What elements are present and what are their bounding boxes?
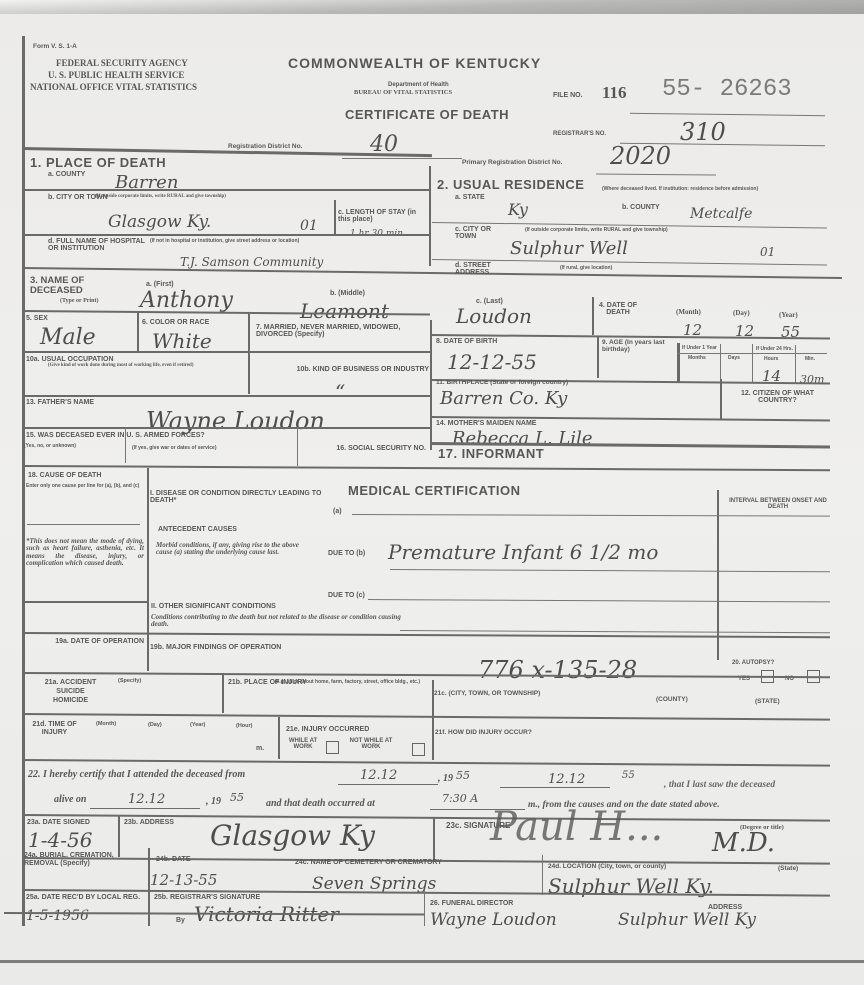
location-divider [542,855,543,895]
residence-city-value[interactable]: Sulphur Well [510,240,628,258]
age-days-label: Days [728,356,740,361]
hospital-label: d. FULL NAME OF HOSPITAL OR INSTITUTION [48,238,148,253]
burial-date-value[interactable]: 12-13-55 [150,873,217,888]
date-received-label: 25a. DATE REC'D BY LOCAL REG. [26,893,141,902]
occupation-note: (Give kind of work done during most of w… [48,363,243,368]
rule [22,713,830,721]
cause-of-death-note: Enter only one cause per line for (a), (… [26,484,146,489]
hospital-value[interactable]: T.J. Samson Community [180,256,323,268]
cert-alive-on[interactable]: 12.12 [128,793,165,806]
location-state-label: (State) [778,866,798,873]
cert-alive-19: , 19 [206,797,221,808]
injury-state-label: (STATE) [755,699,780,706]
injury-occurred-divider [278,717,280,759]
injury-time-day: (Day) [148,723,162,729]
registrar-by: By [176,917,185,924]
place-city-extra[interactable]: 01 [300,219,318,233]
age-table-col [720,344,721,382]
injury-time-year: (Year) [190,723,205,729]
cert-from-date[interactable]: 12.12 [360,769,397,782]
injury-time-suffix: m. [256,745,264,752]
address-label: 23b. ADDRESS [124,819,174,826]
cert-to-year[interactable]: 55 [622,771,635,781]
cause-col-divider [147,468,149,671]
interval-label: INTERVAL BETWEEN ONSET AND DEATH [728,498,828,511]
cert-to-date[interactable]: 12.12 [548,773,585,786]
address-value[interactable]: Glasgow Ky [210,822,375,850]
injury-how-label: 21f. HOW DID INJURY OCCUR? [435,730,532,737]
col-divider-mid [429,166,431,266]
agency-line-3: NATIONAL OFFICE VITAL STATISTICS [30,83,197,92]
injury-county-label: (COUNTY) [656,697,688,704]
marital-label: 7. MARRIED, NEVER MARRIED, WIDOWED, DIVO… [256,324,436,339]
antecedent-note: Morbid conditions, if any, giving rise t… [156,542,316,557]
date-signed-divider [118,815,120,857]
age-min-label: Min. [805,357,815,362]
injury-occurred-label: 21e. INJURY OCCURRED [286,726,369,733]
department: Department of Health [388,82,449,88]
state-title: COMMONWEALTH OF KENTUCKY [288,56,541,71]
father-value[interactable]: Wayne Loudon [146,409,325,433]
signature-divider [433,817,435,859]
usual-residence-title: 2. USUAL RESIDENCE [437,178,584,192]
age-divider [597,336,599,378]
agency-line-2: U. S. PUBLIC HEALTH SERVICE [48,71,184,80]
other-conditions-note: Conditions contributing to the death but… [151,614,401,629]
funeral-address-value[interactable]: Sulphur Well Ky [618,912,756,929]
primary-district-line [596,173,716,175]
line-c-rule [368,599,830,602]
lower-edge-rule [0,960,864,963]
age-label: 9. AGE (In years last birthday) [602,340,672,354]
medical-certification-title: MEDICAL CERTIFICATION [348,484,521,498]
cause-of-death-label: 18. CAUSE OF DEATH [28,472,101,479]
business-value[interactable]: “ [335,382,345,402]
date-of-death-label: 4. DATE OF DEATH [598,302,638,317]
primary-district-value[interactable]: 2020 [610,144,671,168]
agency-line-1: FEDERAL SECURITY AGENCY [56,59,188,68]
mother-label: 14. MOTHER'S MAIDEN NAME [436,420,536,427]
race-divider [248,314,250,394]
registration-district-line [342,158,462,159]
line-b-rule [390,569,830,572]
other-conditions-label: II. OTHER SIGNIFICANT CONDITIONS [151,603,276,610]
injury-time-label: 21d. TIME OF INJURY [32,721,77,738]
residence-city-note: (If outside corporate limits, write RURA… [525,228,668,233]
length-of-stay-label: c. LENGTH OF STAY (in this place) [338,209,426,224]
residence-county-label: b. COUNTY [622,204,660,211]
place-city-value[interactable]: Glasgow Ky. [108,214,211,231]
rule [22,427,432,429]
deceased-name-note: (Type or Print) [60,298,98,304]
cert-to-label: , 19 [438,774,453,785]
age-table-left [677,343,680,383]
injury-time-month: (Month) [96,722,116,728]
business-label: 10b. KIND OF BUSINESS OR INDUSTRY [254,366,429,373]
death-certificate: Form V. S. 1-A FEDERAL SECURITY AGENCY U… [0,14,864,985]
dob-divider [430,320,432,450]
residence-county-value[interactable]: Metcalfe [690,207,752,221]
age-table-col [752,344,753,382]
disease-condition-label: I. DISEASE OR CONDITION DIRECTLY LEADING… [150,490,330,505]
cemetery-label: 24c. NAME OF CEMETERY OR CREMATORY [295,859,442,866]
middle-name-value[interactable]: Leamont [300,301,389,321]
usual-residence-note: (Where deceased lived. If institution: r… [602,187,758,192]
cert-line1-pre: 22. I hereby certify that I attended the… [28,770,245,781]
age-under1-label: If Under 1 Year [682,346,717,351]
injury-place-note: (e.g., in or about home, farm, factory, … [250,680,420,685]
degree-value[interactable]: M.D. [712,830,775,856]
registrar-signature-label: 25b. REGISTRAR'S SIGNATURE [154,894,260,901]
residence-street-note: (If rural, give location) [560,266,612,271]
certificate-title: CERTIFICATE OF DEATH [345,108,509,122]
sex-divider [137,312,139,352]
cert-line2-pre: alive on [54,795,87,806]
other-rule [400,630,830,633]
form-number: Form V. S. 1-A [33,44,77,51]
line-a-rule [352,514,830,517]
due-to-b-label: DUE TO (b) [328,550,365,557]
rule [22,465,830,471]
dod-month-label: (Month) [676,309,701,316]
injury-specify: (Specify) [118,679,141,685]
citizen-label: 12. CITIZEN OF WHAT COUNTRY? [730,390,825,405]
dod-year-label: (Year) [779,312,798,319]
race-label: 6. COLOR OR RACE [142,319,209,326]
cert-from-blank [338,784,438,785]
rule [22,395,432,397]
cause-footnote: *This does not mean the mode of dying, s… [26,538,144,567]
registrar-no-value[interactable]: 310 [680,120,726,144]
residence-state-label: a. STATE [455,194,485,201]
cert-line2-mid: and that death occurred at [266,799,375,810]
armed-forces-note2: (If yes, give war or dates of service) [132,446,216,451]
file-no-value: 116 [602,84,627,102]
form-left-border [22,36,25,926]
birthplace-value[interactable]: Barren Co. Ky [440,390,567,408]
due-to-c-label: DUE TO (c) [328,592,365,599]
armed-forces-label: 15. WAS DECEASED EVER IN U. S. ARMED FOR… [26,432,296,439]
physician-signature[interactable]: Paul H... [490,804,663,850]
rule [22,234,430,236]
autopsy-label: 20. AUTOPSY? [732,660,774,666]
cert-line1-post: , that I last saw the deceased [664,781,775,791]
cert-from-year[interactable]: 55 [456,770,470,781]
hospital-note: (If not in hospital or institution, give… [150,239,299,244]
funeral-director-label: 26. FUNERAL DIRECTOR [430,900,513,907]
location-label: 24d. LOCATION (City, town, or county) [548,864,666,871]
operation-findings-value[interactable]: 776 x-135-28 [478,658,637,682]
cert-time-of-death[interactable]: 7:30 A [442,793,478,804]
file-no-label: FILE NO. [553,92,583,99]
date-signed-label: 23a. DATE SIGNED [27,819,90,826]
not-while-at-work-checkbox[interactable] [412,743,425,756]
place-city-note: (If outside corporate limits, write RURA… [95,194,226,199]
file-no-line [630,113,825,116]
age-months-label: Months [688,356,706,361]
birthplace-label: 11. BIRTHPLACE (State or foreign country… [436,380,568,387]
age-under24-label: If Under 24 Hrs. [756,347,793,352]
deceased-name-label: 3. NAME OF DECEASED [30,276,125,296]
dob-label: 8. DATE OF BIRTH [436,338,497,345]
injury-time-hour: (Hour) [236,724,253,730]
middle-name-label: b. (Middle) [330,290,365,297]
rule [22,351,432,353]
residence-street-label: d. STREET ADDRESS [455,262,500,277]
race-value[interactable]: White [152,331,212,351]
cert-alive-blank [90,808,200,809]
dod-day-label: (Day) [733,310,750,317]
injury-type-label: 21a. ACCIDENT SUICIDE HOMICIDE [38,678,103,705]
registration-district-label: Registration District No. [228,144,302,151]
age-table-col [795,345,796,383]
stay-divider [334,200,336,235]
rule [22,267,842,279]
place-of-death-title: 1. PLACE OF DEATH [30,156,166,170]
operation-findings-label: 19b. MAJOR FINDINGS OF OPERATION [150,644,281,651]
while-at-work-label: WHILE AT WORK [284,738,322,751]
sex-value[interactable]: Male [40,327,96,349]
rule [22,759,830,767]
ssn-label: 16. SOCIAL SECURITY NO. [302,445,426,452]
rule [22,601,148,603]
line-a-label: (a) [333,508,342,515]
date-received-value[interactable]: 1-5-1956 [26,909,89,923]
funeral-director-value[interactable]: Wayne Loudon [430,912,557,929]
date-signed-value[interactable]: 1-4-56 [28,830,92,850]
dod-divider [592,297,594,335]
due-to-b-value[interactable]: Premature Infant 6 1/2 mo [388,542,658,562]
residence-state-value[interactable]: Ky [508,202,528,218]
rule [22,189,430,191]
sex-label: 5. SEX [26,315,48,322]
while-at-work-checkbox[interactable] [326,741,339,754]
ssn-divider [297,428,298,466]
informant-label: 17. INFORMANT [438,447,544,461]
first-name-value[interactable]: Anthony [140,290,233,312]
armed-divider [125,428,126,463]
cause-rule [27,524,140,525]
residence-city-label: c. CITY OR TOWN [455,226,510,241]
operation-date-label: 19a. DATE OF OPERATION [40,638,144,645]
father-label: 13. FATHER'S NAME [26,399,94,406]
bureau: BUREAU OF VITAL STATISTICS [354,90,452,97]
primary-district-label: Primary Registration District No. [462,160,562,167]
registrar-no-label: REGISTRAR'S NO. [553,131,606,137]
not-while-at-work-label: NOT WHILE AT WORK [342,738,400,751]
antecedent-label: ANTECEDENT CAUSES [158,526,237,533]
last-name-value[interactable]: Loudon [456,306,532,326]
cert-to-blank [500,787,610,788]
funeral-divider [424,890,425,926]
age-hours-label: Hours [764,357,778,362]
stamped-certificate-number: 55- 26263 [662,76,792,103]
burial-date-label: 24b. DATE [156,856,191,863]
injury-place-divider [222,673,224,713]
place-county-label: a. COUNTY [48,171,85,178]
injury-city-label: 21c. (CITY, TOWN, OR TOWNSHIP) [434,691,540,698]
residence-city-extra[interactable]: 01 [760,246,775,258]
rule [22,672,830,678]
burial-type-label: 24a. BURIAL, CREMATION, REMOVAL (Specify… [24,852,146,869]
citizen-divider [720,379,722,419]
dob-value[interactable]: 12-12-55 [447,352,537,372]
armed-forces-note1: (Yes, no, or unknown) [24,444,76,449]
cert-alive-year[interactable]: 55 [230,792,244,803]
